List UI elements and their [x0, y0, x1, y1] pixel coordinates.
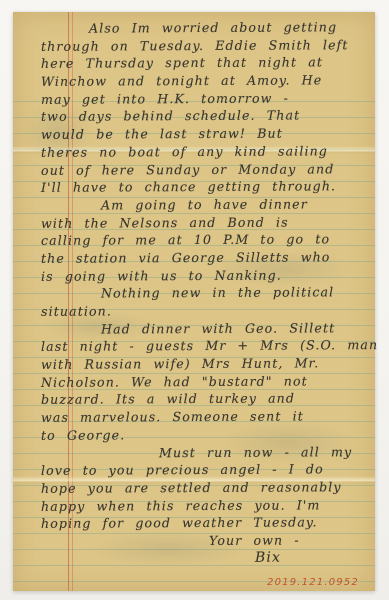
letter-line: through on Tuesday. Eddie Smith left [27, 36, 373, 55]
letter-line: with the Nelsons and Bond is [27, 213, 373, 232]
letter-paper: Also Im worried about getting through on… [13, 12, 375, 591]
letter-line: Winchow and tonight at Amoy. He [27, 71, 373, 90]
letter-line: here Thursday spent that night at [27, 53, 373, 72]
letter-line: situation. [27, 301, 373, 320]
handwritten-letter-text: Also Im worried about getting through on… [27, 19, 373, 567]
letter-line: to George. [27, 425, 373, 444]
letter-line: hoping for good weather Tuesday. [27, 513, 373, 532]
letter-signature: Bix [27, 549, 373, 568]
letter-line: theres no boat of any kind sailing [27, 142, 373, 161]
letter-line: buzzard. Its a wild turkey and [27, 390, 373, 409]
letter-line: happy when this reaches you. I'm [27, 496, 373, 515]
letter-line: Am going to have dinner [27, 195, 373, 214]
letter-line: out of here Sunday or Monday and [27, 160, 373, 179]
letter-line: the station via George Silletts who [27, 248, 373, 267]
letter-line: would be the last straw! But [27, 124, 373, 143]
letter-line: Had dinner with Geo. Sillett [27, 319, 373, 338]
letter-line: calling for me at 10 P.M to go to [27, 230, 373, 249]
letter-line: with Russian wife) Mrs Hunt, Mr. [27, 354, 373, 373]
letter-line: Also Im worried about getting [27, 18, 373, 37]
letter-line: last night - guests Mr + Mrs (S.O. man [27, 336, 373, 355]
letter-line: was marvelous. Someone sent it [27, 407, 373, 426]
letter-line: two days behind schedule. That [27, 107, 373, 126]
letter-line: I'll have to chance getting through. [27, 177, 373, 196]
letter-line: Must run now - all my [27, 443, 373, 462]
letter-closing: Your own - [27, 531, 373, 550]
letter-line: is going with us to Nanking. [27, 266, 373, 285]
catalog-number: 2019.121.0952 [267, 577, 359, 588]
letter-line: love to you precious angel - I do [27, 460, 373, 479]
letter-line: hope you are settled and reasonably [27, 478, 373, 497]
letter-line: Nothing new in the political [27, 283, 373, 302]
